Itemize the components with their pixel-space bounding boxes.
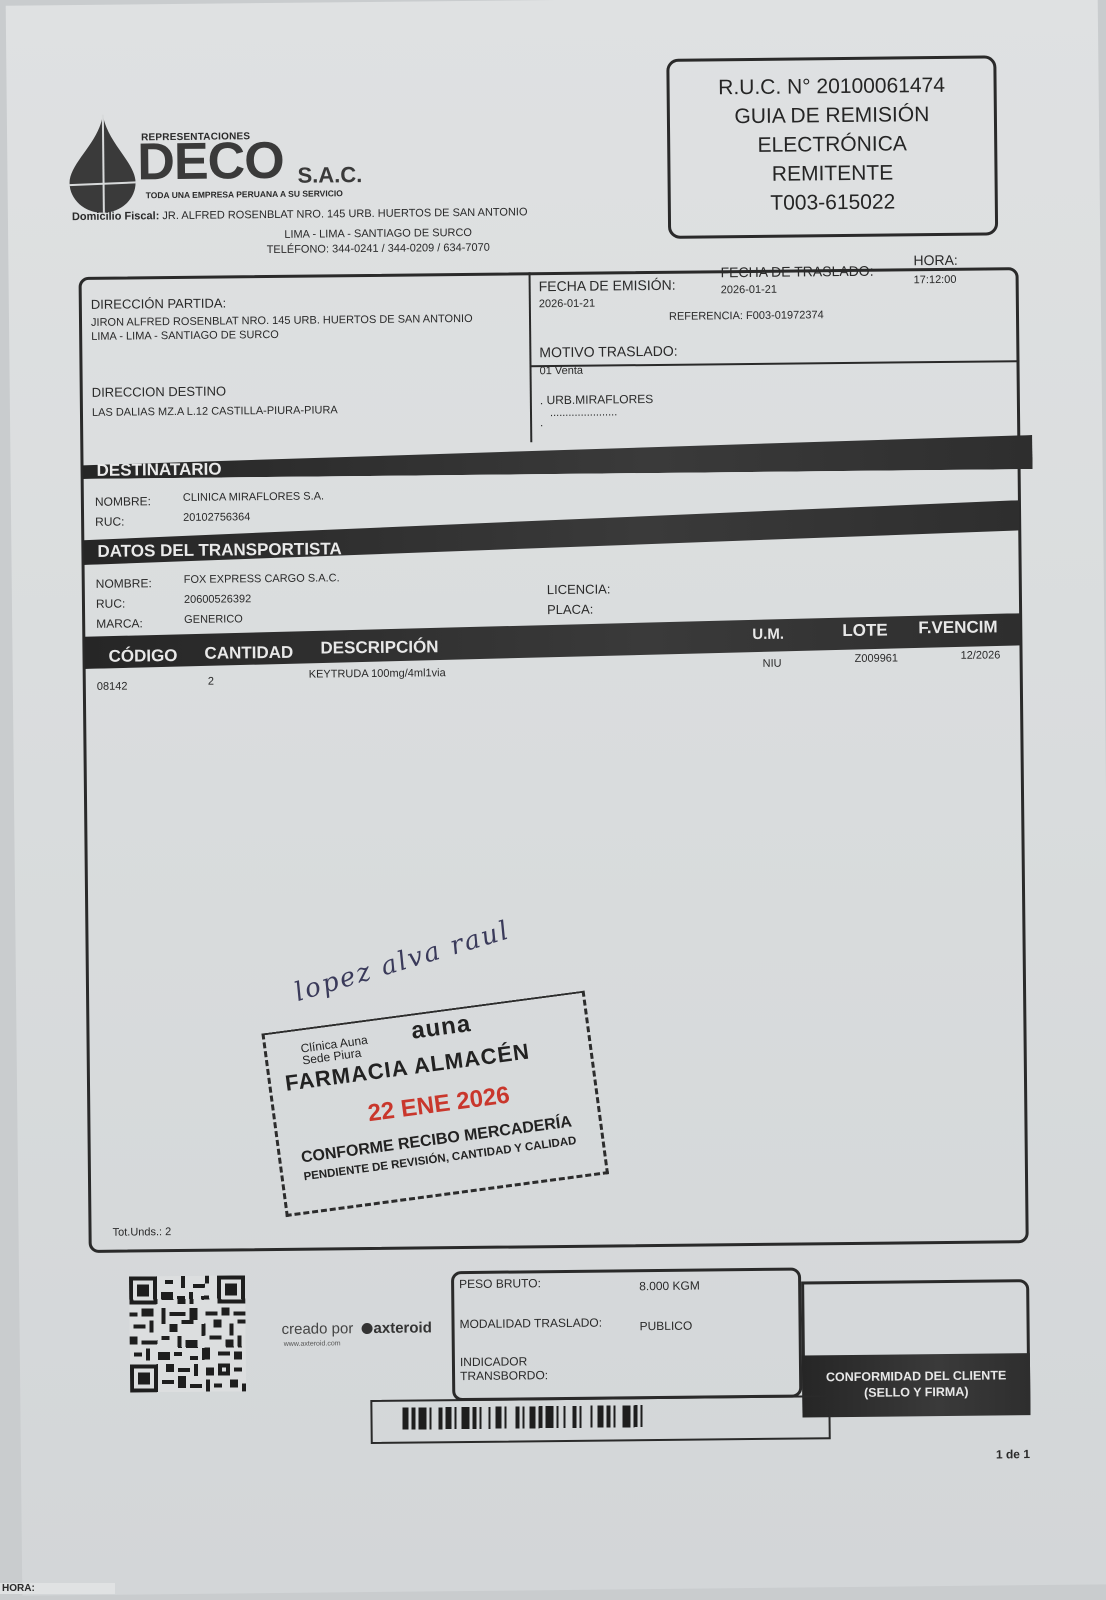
fiscal-address: Domicilio Fiscal: JR. ALFRED ROSENBLAT N… [72,205,632,223]
transportista-header: DATOS DEL TRANSPORTISTA [83,535,497,565]
indicador-line2: TRANSBORDO: [460,1368,548,1383]
document-id-box: R.U.C. N° 20100061474 GUIA DE REMISIÓN E… [666,55,998,238]
fiscal-line2: LIMA - LIMA - SANTIAGO DE SURCO [218,226,538,241]
ruc-number: R.U.C. N° 20100061474 [669,70,993,102]
trans-ruc-label: RUC: [96,597,125,611]
water-drop-icon [67,112,138,213]
company-name: DECO [137,135,284,189]
trans-marca-value: GENERICO [184,613,243,626]
item-cantidad: 2 [208,676,214,688]
stamp-brand: auna [410,1010,473,1046]
referencia: REFERENCIA: F003-01972374 [669,309,824,323]
trans-nombre-label: NOMBRE: [96,576,152,591]
fiscal-line1: JR. ALFRED ROSENBLAT NRO. 145 URB. HUERT… [162,206,527,222]
website: www.axteroid.com [284,1340,341,1348]
col-um: U.M. [752,626,784,643]
traslado-value: 2026-01-21 [721,284,777,297]
dot-line: . [540,417,543,429]
col-cantidad: CANTIDAD [204,643,293,664]
conformity-text: CONFORMIDAD DEL CLIENTE (SELLO Y FIRMA) [802,1353,1030,1401]
doc-number: T003-615022 [671,186,995,218]
indicador-line1: INDICADOR [460,1354,548,1369]
modalidad-value: PUBLICO [639,1319,692,1334]
page-number: 1 de 1 [996,1447,1030,1461]
dest-nombre-value: CLINICA MIRAFLORES S.A. [183,490,324,503]
item-um: NIU [763,658,782,670]
doc-title-line2: ELECTRÓNICA [670,128,994,160]
modalidad-label: MODALIDAD TRASLADO: [459,1316,602,1331]
conformity-line1: CONFORMIDAD DEL CLIENTE [802,1367,1030,1385]
dest-ruc-value: 20102756364 [183,511,250,524]
created-by-label: creado por [281,1320,353,1338]
company-tagline: TODA UNA EMPRESA PERUANA A SU SERVICIO [146,188,343,200]
trans-marca-label: MARCA: [96,616,143,630]
dest-nombre-label: NOMBRE: [95,494,151,509]
hora-value: 17:12:00 [914,274,957,286]
axteroid-logo-icon [361,1323,372,1334]
total-units: Tot.Unds.: 2 [112,1226,171,1239]
destino-label: DIRECCION DESTINO [92,383,226,399]
col-descripcion: DESCRIPCIÓN [320,637,438,658]
col-lote: LOTE [842,621,888,641]
doc-title-line3: REMITENTE [670,157,994,189]
col-vencim: F.VENCIM [918,617,998,638]
created-by-brand: axteroid [373,1319,432,1337]
barcode-icon [370,1395,830,1444]
urb-line: . URB.MIRAFLORES [540,392,653,407]
indicador-label: INDICADOR TRANSBORDO: [460,1354,548,1383]
licencia-label: LICENCIA: [547,581,611,597]
document-sheet: REPRESENTACIONES DECO S.A.C. TODA UNA EM… [6,0,1106,1596]
emision-label: FECHA DE EMISIÓN: [539,277,676,294]
underlying-sheet-hora: HORA: [0,1583,115,1594]
peso-value: 8.000 KGM [639,1279,700,1294]
motivo-value: 01 Venta [539,365,583,377]
phone-line: TELÉFONO: 344-0241 / 344-0209 / 634-7070 [198,241,558,257]
dest-ruc-label: RUC: [95,515,124,529]
partida-label: DIRECCIÓN PARTIDA: [91,295,226,311]
item-lote: Z009961 [855,652,899,664]
trans-nombre-value: FOX EXPRESS CARGO S.A.C. [184,572,340,586]
traslado-label: FECHA DE TRASLADO: [720,263,873,281]
stamp-date: 22 ENE 2026 [366,1082,511,1129]
fiscal-label: Domicilio Fiscal: [72,210,160,223]
doc-title-line1: GUIA DE REMISIÓN [670,99,994,131]
created-by: creado por axteroid [281,1319,431,1338]
item-codigo: 08142 [97,681,128,693]
hora-label: HORA: [913,252,958,268]
dots-line: ...................... [550,406,617,419]
trans-ruc-value: 20600526392 [184,593,251,606]
client-conformity-bar: CONFORMIDAD DEL CLIENTE (SELLO Y FIRMA) [802,1353,1031,1417]
qr-code-icon [129,1275,246,1392]
col-codigo: CÓDIGO [108,646,177,667]
peso-label: PESO BRUTO: [459,1276,541,1291]
partida-line2: LIMA - LIMA - SANTIAGO DE SURCO [91,329,279,343]
company-suffix: S.A.C. [297,162,362,189]
item-descripcion: KEYTRUDA 100mg/4ml1via [309,667,446,680]
motivo-label: MOTIVO TRASLADO: [539,343,677,360]
item-vencim: 12/2026 [961,649,1001,661]
conformity-line2: (SELLO Y FIRMA) [802,1383,1030,1401]
placa-label: PLACA: [547,602,593,617]
destino-value: LAS DALIAS MZ.A L.12 CASTILLA-PIURA-PIUR… [92,404,338,419]
emision-value: 2026-01-21 [539,298,595,311]
